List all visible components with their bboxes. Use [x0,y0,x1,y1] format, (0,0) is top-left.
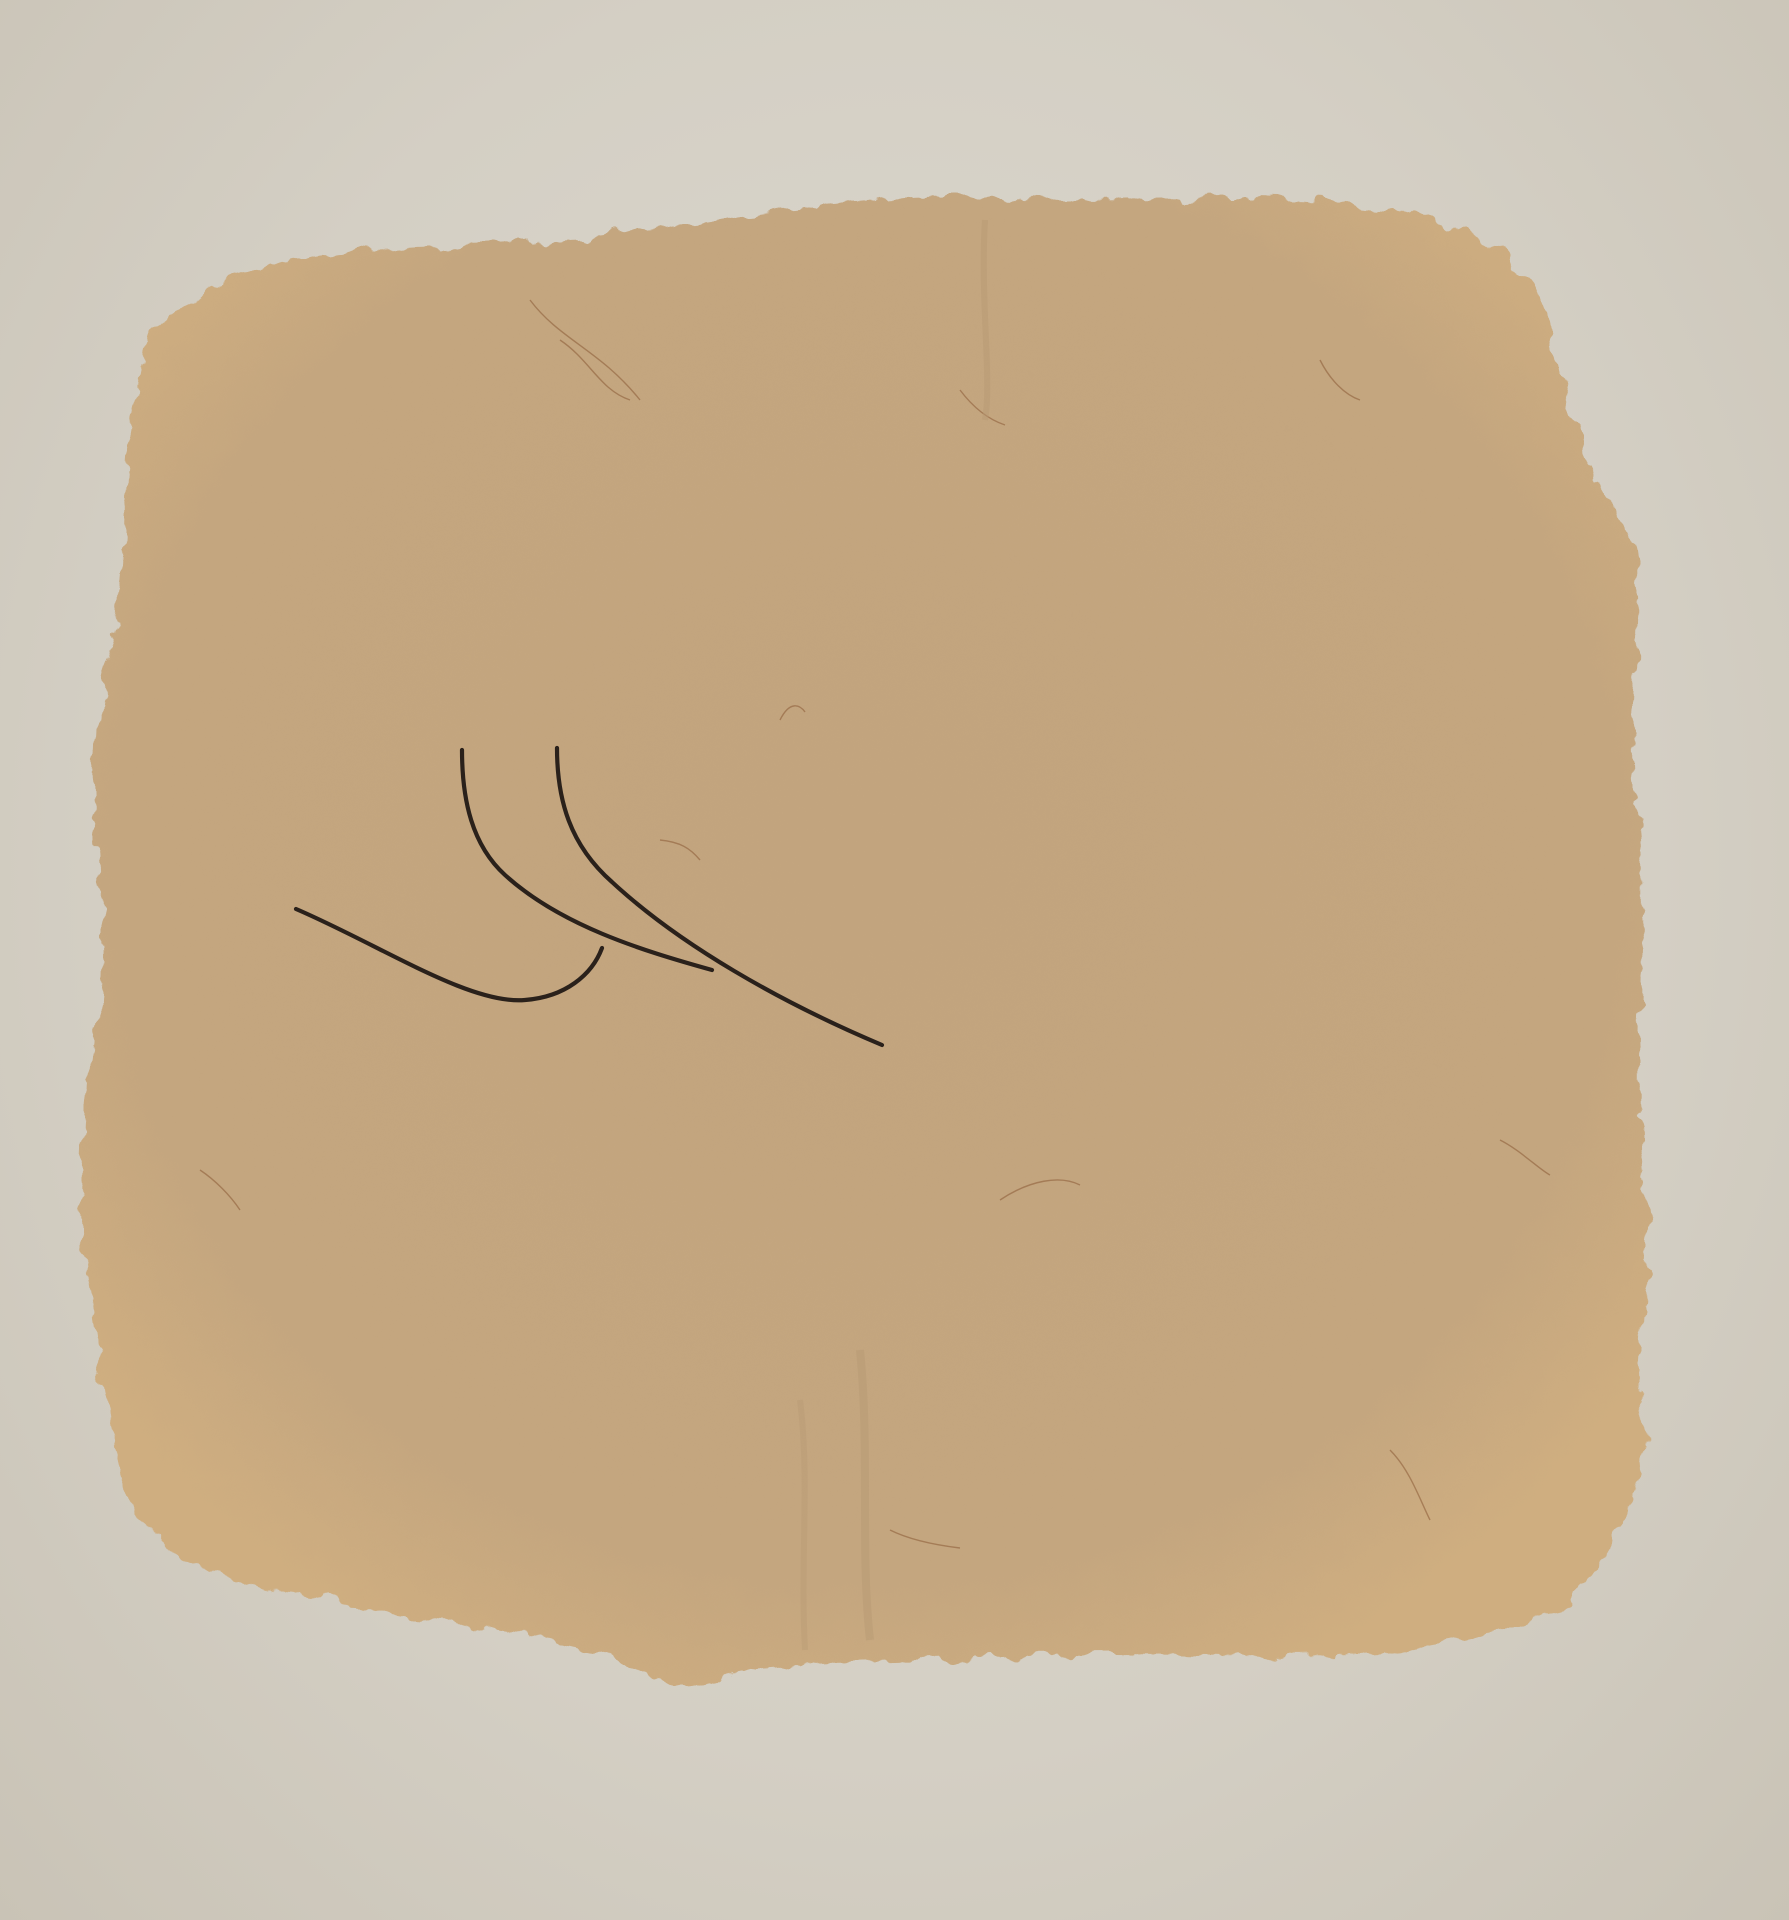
paper-crease [984,220,988,420]
artwork-canvas [0,0,1789,1920]
handmade-paper [60,180,1660,1700]
